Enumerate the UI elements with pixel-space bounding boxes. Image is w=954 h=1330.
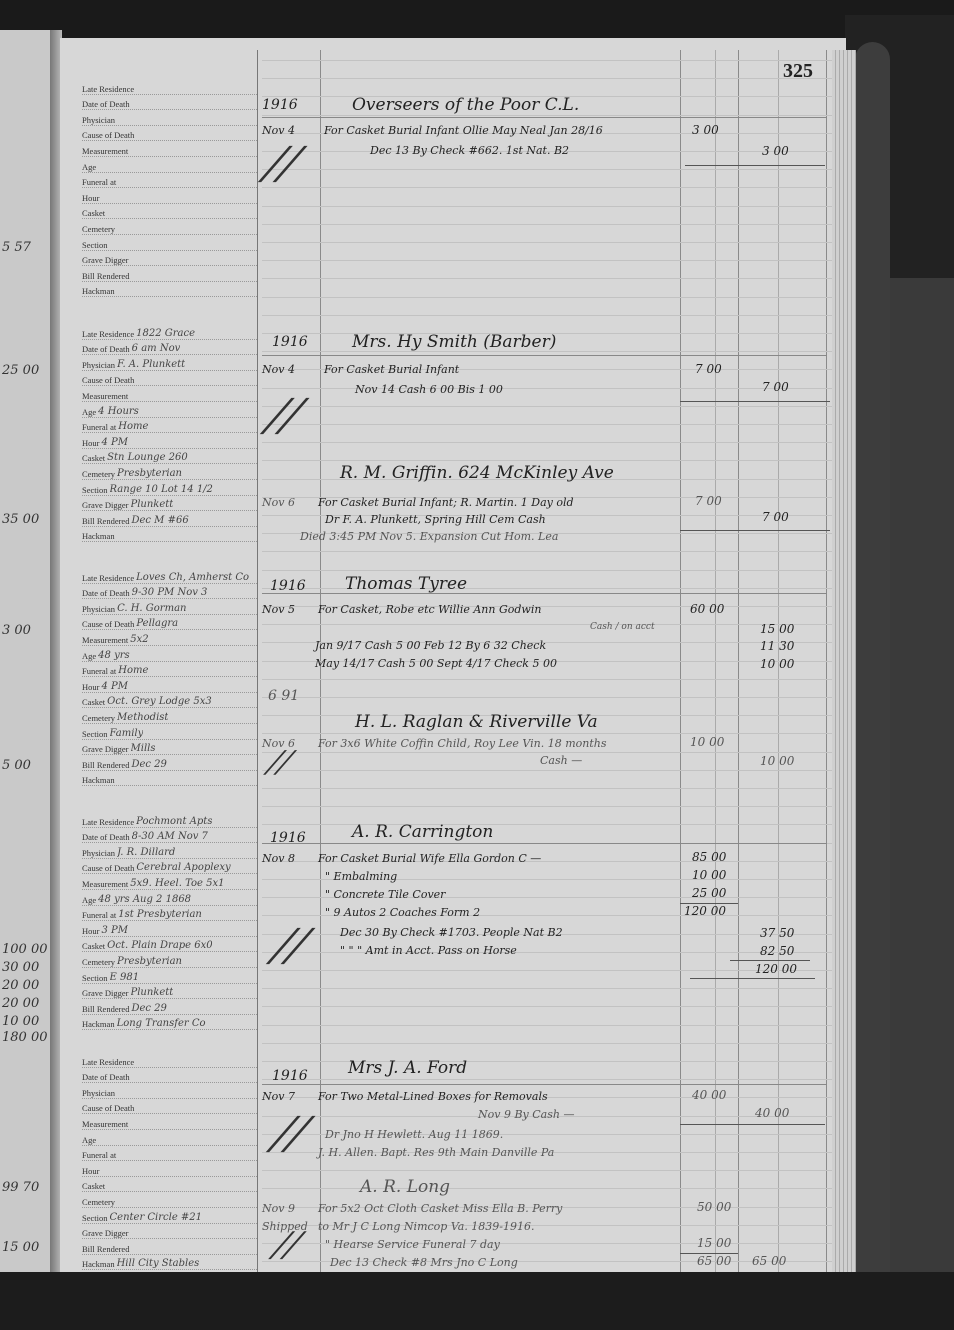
field-label: Hackman <box>82 286 115 296</box>
margin-amount: 20 00 <box>2 978 39 993</box>
credit-amount: 37 50 <box>760 926 794 940</box>
field-label: Physician <box>82 360 115 370</box>
entry-line-text: " Embalming <box>325 870 397 883</box>
field-label: Physician <box>82 848 115 858</box>
margin-amount: 3 00 <box>2 623 31 638</box>
field-label: Cemetery <box>82 713 115 723</box>
ruled-line <box>262 988 832 989</box>
field-label: Hackman <box>82 1019 115 1029</box>
margin-amount: 15 00 <box>2 1240 39 1255</box>
field-value: 5x2 <box>130 634 148 645</box>
margin-note: 6 91 <box>268 688 299 704</box>
field-late-residence: Late Residence1822 Grace <box>82 324 257 340</box>
field-label: Section <box>82 729 108 739</box>
ruled-line <box>262 60 832 61</box>
field-value: 5x9. Heel. Toe 5x1 <box>130 878 224 889</box>
field-label: Late Residence <box>82 84 134 94</box>
credit-amount: 7 00 <box>762 380 789 394</box>
entry-line-text: Cash / on acct <box>590 622 655 632</box>
entry-line-text: " " " Amt in Acct. Pass on Horse <box>340 944 517 957</box>
table-surface <box>890 278 954 1330</box>
field-hour: Hour4 PM <box>82 677 257 693</box>
entry-line-text: J. H. Allen. Bapt. Res 9th Main Danville… <box>318 1146 554 1159</box>
debit-amount: 85 00 <box>692 850 726 864</box>
field-label: Hour <box>82 193 99 203</box>
field-label: Measurement <box>82 391 128 401</box>
entry-fields-4: Late ResidencePochmont AptsDate of Death… <box>82 812 257 1030</box>
field-label: Measurement <box>82 1119 128 1129</box>
field-physician: Physician <box>82 110 257 126</box>
credit-amount: 11 30 <box>760 639 794 653</box>
ruled-line <box>262 624 832 625</box>
field-label: Late Residence <box>82 329 134 339</box>
field-label: Cemetery <box>82 1197 115 1207</box>
field-funeral-at: Funeral at1st Presbyterian <box>82 906 257 922</box>
entry-date: Nov 4 <box>262 363 295 376</box>
field-casket: CasketOct. Grey Lodge 5x3 <box>82 693 257 709</box>
field-label: Cause of Death <box>82 130 134 140</box>
entry-line-text: Dec 13 By Check #662. 1st Nat. B2 <box>370 144 569 157</box>
debit-amount: 10 00 <box>690 735 724 749</box>
field-value: Home <box>118 665 148 676</box>
field-value: J. R. Dillard <box>117 847 175 858</box>
entry-date: Nov 5 <box>262 603 295 616</box>
field-age: Age4 Hours <box>82 402 257 418</box>
field-label: Bill Rendered <box>82 1244 129 1254</box>
ruled-line <box>262 242 832 243</box>
field-label: Cemetery <box>82 224 115 234</box>
field-label: Hackman <box>82 775 115 785</box>
field-label: Cause of Death <box>82 1103 134 1113</box>
field-label: Casket <box>82 453 105 463</box>
field-label: Late Residence <box>82 1057 134 1067</box>
field-date-of-death: Date of Death9-30 PM Nov 3 <box>82 584 257 600</box>
field-value: Presbyterian <box>117 956 182 967</box>
field-label: Measurement <box>82 879 128 889</box>
debit-amount: 50 00 <box>697 1200 731 1214</box>
ruled-line <box>262 278 832 279</box>
ruled-line <box>262 224 832 225</box>
field-value: Oct. Grey Lodge 5x3 <box>107 696 212 707</box>
ruled-line <box>262 406 832 407</box>
field-hackman: Hackman <box>82 527 257 543</box>
field-cemetery: CemeteryPresbyterian <box>82 952 257 968</box>
field-cemetery: Cemetery <box>82 219 257 235</box>
entry-line-text: to Mr J C Long Nimcop Va. 1839-1916. <box>318 1220 535 1233</box>
margin-amount: 20 00 <box>2 996 39 1011</box>
field-label: Casket <box>82 941 105 951</box>
margin-amount: 5 00 <box>2 758 31 773</box>
field-label: Measurement <box>82 146 128 156</box>
field-label: Late Residence <box>82 573 134 583</box>
entry-line-text: Dec 30 By Check #1703. People Nat B2 <box>340 926 563 939</box>
field-value: Dec 29 <box>131 1003 166 1014</box>
field-label: Date of Death <box>82 588 130 598</box>
field-label: Grave Digger <box>82 1228 129 1238</box>
ruled-line <box>262 1079 832 1080</box>
field-value: Pellagra <box>136 618 178 629</box>
field-grave-digger: Grave DiggerMills <box>82 740 257 756</box>
ruled-line <box>262 115 832 116</box>
field-section: Section <box>82 235 257 251</box>
field-cemetery: Cemetery <box>82 1192 257 1208</box>
field-value: E 981 <box>110 972 140 983</box>
field-measurement: Measurement5x2 <box>82 630 257 646</box>
field-label: Funeral at <box>82 177 116 187</box>
field-funeral-at: Funeral atHome <box>82 418 257 434</box>
field-label: Late Residence <box>82 817 134 827</box>
field-label: Grave Digger <box>82 988 129 998</box>
field-bill-rendered: Bill Rendered <box>82 1239 257 1255</box>
entry-line-text: For Casket Burial Infant; R. Martin. 1 D… <box>318 496 574 509</box>
field-value: Plunkett <box>131 987 174 998</box>
field-bill-rendered: Bill RenderedDec 29 <box>82 999 257 1015</box>
field-measurement: Measurement5x9. Heel. Toe 5x1 <box>82 874 257 890</box>
debit-amount: 10 00 <box>692 868 726 882</box>
ruled-line <box>262 551 832 552</box>
field-hour: Hour <box>82 1161 257 1177</box>
entry-line-text: For Casket, Robe etc Willie Ann Godwin <box>318 603 541 616</box>
margin-amount: 100 00 <box>2 942 48 957</box>
field-label: Grave Digger <box>82 744 129 754</box>
ruled-line <box>262 752 832 753</box>
field-funeral-at: Funeral atHome <box>82 662 257 678</box>
account-name: Thomas Tyree <box>345 574 467 594</box>
account-name: Mrs. Hy Smith (Barber) <box>352 332 556 352</box>
ruled-line <box>262 424 832 425</box>
field-measurement: Measurement <box>82 1114 257 1130</box>
entry-date: Nov 8 <box>262 852 295 865</box>
entry-line-text: Nov 14 Cash 6 00 Bis 1 00 <box>355 383 503 396</box>
field-label: Hackman <box>82 531 115 541</box>
field-value: Presbyterian <box>117 468 182 479</box>
field-value: Range 10 Lot 14 1/2 <box>110 484 213 495</box>
ruled-line <box>262 442 832 443</box>
debit-amount: 7 00 <box>695 362 722 376</box>
field-grave-digger: Grave Digger <box>82 1224 257 1240</box>
margin-amount: 99 70 <box>2 1180 39 1195</box>
field-label: Age <box>82 651 96 661</box>
field-label: Section <box>82 1213 108 1223</box>
field-value: 6 am Nov <box>132 343 181 354</box>
ruled-line <box>262 169 832 170</box>
field-physician: Physician <box>82 1083 257 1099</box>
field-age: Age <box>82 157 257 173</box>
field-bill-rendered: Bill RenderedDec M #66 <box>82 511 257 527</box>
field-casket: CasketStn Lounge 260 <box>82 449 257 465</box>
field-grave-digger: Grave Digger <box>82 251 257 267</box>
field-value: Pochmont Apts <box>136 816 212 827</box>
margin-amount: 25 00 <box>2 363 39 378</box>
debit-amount: 7 00 <box>695 494 722 508</box>
entry-date: Nov 4 <box>262 124 295 137</box>
field-label: Physician <box>82 1088 115 1098</box>
margin-amount: 10 00 <box>2 1014 39 1029</box>
field-value: Dec M #66 <box>131 515 188 526</box>
entry-year: 1916 <box>272 334 308 350</box>
entry-line-text: Dec 13 Check #8 Mrs Jno C Long <box>330 1256 518 1269</box>
field-label: Bill Rendered <box>82 516 129 526</box>
field-hour: Hour3 PM <box>82 921 257 937</box>
debit-amount: 3 00 <box>692 123 719 137</box>
field-value: Mills <box>131 743 156 754</box>
field-cause-of-death: Cause of Death <box>82 371 257 387</box>
entry-line-text: Dr Jno H Hewlett. Aug 11 1869. <box>325 1128 503 1141</box>
entry-date: Nov 9 <box>262 1202 295 1215</box>
field-label: Physician <box>82 604 115 614</box>
debit-total: 120 00 <box>684 904 726 918</box>
field-date-of-death: Date of Death <box>82 95 257 111</box>
field-physician: PhysicianC. H. Gorman <box>82 599 257 615</box>
field-label: Date of Death <box>82 99 130 109</box>
field-casket: CasketOct. Plain Drape 6x0 <box>82 937 257 953</box>
field-label: Hackman <box>82 1259 115 1269</box>
field-label: Funeral at <box>82 666 116 676</box>
field-section: SectionFamily <box>82 724 257 740</box>
page-number: 325 <box>783 60 813 83</box>
field-label: Section <box>82 973 108 983</box>
ruled-line <box>262 806 832 807</box>
entry-line-text: For Casket Burial Infant <box>324 363 459 376</box>
entry-year: 1916 <box>262 97 298 113</box>
field-label: Bill Rendered <box>82 760 129 770</box>
ruled-line <box>262 1188 832 1189</box>
page-stack-edges <box>832 50 856 1275</box>
field-value: Hill City Stables <box>117 1258 200 1269</box>
entry-year: 1916 <box>272 1068 308 1084</box>
debit-amount: 60 00 <box>690 602 724 616</box>
field-bill-rendered: Bill RenderedDec 29 <box>82 755 257 771</box>
credit-amount: 10 00 <box>760 657 794 671</box>
credit-amount: 15 00 <box>760 622 794 636</box>
field-label: Date of Death <box>82 344 130 354</box>
field-value: Dec 29 <box>131 759 166 770</box>
field-cemetery: CemeteryPresbyterian <box>82 464 257 480</box>
field-label: Cause of Death <box>82 619 134 629</box>
book-spine-edge <box>855 42 890 1330</box>
field-value: Stn Lounge 260 <box>107 452 188 463</box>
field-label: Age <box>82 162 96 172</box>
field-label: Age <box>82 1135 96 1145</box>
entry-line-text: For Casket Burial Infant Ollie May Neal … <box>324 124 603 137</box>
field-label: Grave Digger <box>82 255 129 265</box>
field-label: Section <box>82 485 108 495</box>
entry-fields-2: Late Residence1822 GraceDate of Death6 a… <box>82 324 257 542</box>
field-value: 4 PM <box>101 437 128 448</box>
ruled-line <box>262 1043 832 1044</box>
field-label: Cemetery <box>82 469 115 479</box>
field-label: Bill Rendered <box>82 1004 129 1014</box>
ruled-line <box>262 733 832 734</box>
field-label: Date of Death <box>82 832 130 842</box>
entry-line-text: For 5x2 Oct Cloth Casket Miss Ella B. Pe… <box>318 1202 562 1215</box>
ruled-line <box>262 679 832 680</box>
account-name: Mrs J. A. Ford <box>348 1058 467 1078</box>
field-measurement: Measurement <box>82 386 257 402</box>
entry-line-text: May 14/17 Cash 5 00 Sept 4/17 Check 5 00 <box>315 657 557 670</box>
ruled-line <box>262 970 832 971</box>
field-label: Age <box>82 407 96 417</box>
field-grave-digger: Grave DiggerPlunkett <box>82 496 257 512</box>
field-date-of-death: Date of Death <box>82 1068 257 1084</box>
field-label: Section <box>82 240 108 250</box>
field-value: Family <box>110 728 144 739</box>
field-value: C. H. Gorman <box>117 603 186 614</box>
entry-year: 1916 <box>270 830 306 846</box>
field-grave-digger: Grave DiggerPlunkett <box>82 984 257 1000</box>
entry-line-text: For Two Metal-Lined Boxes for Removals <box>318 1090 548 1103</box>
entry-fields-3: Late ResidenceLoves Ch, Amherst CoDate o… <box>82 568 257 786</box>
field-value: 4 PM <box>101 681 128 692</box>
credit-amount: 82 50 <box>760 944 794 958</box>
ruled-line <box>262 1025 832 1026</box>
field-label: Funeral at <box>82 1150 116 1160</box>
debit-amount: 25 00 <box>692 886 726 900</box>
field-bill-rendered: Bill Rendered <box>82 266 257 282</box>
account-name: A. R. Carrington <box>352 822 493 842</box>
ruled-line <box>262 770 832 771</box>
field-label: Cause of Death <box>82 863 134 873</box>
entry-date: Nov 7 <box>262 1090 295 1103</box>
field-casket: Casket <box>82 204 257 220</box>
entry-date: Nov 6 <box>262 496 295 509</box>
field-label: Date of Death <box>82 1072 130 1082</box>
debit-total: 65 00 <box>697 1254 731 1268</box>
field-hackman: Hackman <box>82 282 257 298</box>
field-late-residence: Late Residence <box>82 1052 257 1068</box>
credit-amount: 7 00 <box>762 510 789 524</box>
field-value: 9-30 PM Nov 3 <box>132 587 208 598</box>
field-hour: Hour4 PM <box>82 433 257 449</box>
ruled-line <box>262 1170 832 1171</box>
field-label: Casket <box>82 208 105 218</box>
ruled-line <box>262 206 832 207</box>
field-value: Oct. Plain Drape 6x0 <box>107 940 213 951</box>
field-date-of-death: Date of Death8-30 AM Nov 7 <box>82 828 257 844</box>
ruled-line <box>262 570 832 571</box>
field-label: Hour <box>82 926 99 936</box>
margin-amount: 180 00 <box>2 1030 48 1045</box>
field-date-of-death: Date of Death6 am Nov <box>82 340 257 356</box>
account-name: Overseers of the Poor C.L. <box>352 95 579 115</box>
field-label: Casket <box>82 697 105 707</box>
field-age: Age48 yrs Aug 2 1868 <box>82 890 257 906</box>
debit-amount: 40 00 <box>692 1088 726 1102</box>
field-funeral-at: Funeral at <box>82 1146 257 1162</box>
field-value: 8-30 AM Nov 7 <box>132 831 208 842</box>
debit-amount: 15 00 <box>697 1236 731 1250</box>
field-label: Cemetery <box>82 957 115 967</box>
margin-amount: 30 00 <box>2 960 39 975</box>
book-bottom-edge <box>0 1272 954 1330</box>
margin-amount: 35 00 <box>2 512 39 527</box>
field-age: Age48 yrs <box>82 646 257 662</box>
entry-line-text: Cash — <box>540 754 582 767</box>
field-value: 48 yrs Aug 2 1868 <box>98 894 191 905</box>
column-divider-fields <box>257 50 258 1272</box>
ruled-line <box>262 1006 832 1007</box>
field-value: F. A. Plunkett <box>117 359 185 370</box>
field-label: Funeral at <box>82 910 116 920</box>
account-name: H. L. Raglan & Riverville Va <box>355 712 598 732</box>
field-cause-of-death: Cause of Death <box>82 1099 257 1115</box>
field-hackman: HackmanHill City Stables <box>82 1255 257 1271</box>
field-age: Age <box>82 1130 257 1146</box>
field-measurement: Measurement <box>82 141 257 157</box>
field-value: 4 Hours <box>98 406 139 417</box>
field-value: 48 yrs <box>98 650 129 661</box>
field-label: Cause of Death <box>82 375 134 385</box>
field-section: SectionE 981 <box>82 968 257 984</box>
field-casket: Casket <box>82 1177 257 1193</box>
field-label: Hour <box>82 1166 99 1176</box>
ruled-line <box>262 297 832 298</box>
field-value: Long Transfer Co <box>117 1018 206 1029</box>
field-physician: PhysicianF. A. Plunkett <box>82 355 257 371</box>
entry-line-text: " Hearse Service Funeral 7 day <box>325 1238 500 1251</box>
field-value: 1822 Grace <box>136 328 195 339</box>
credit-amount: 3 00 <box>762 144 789 158</box>
field-label: Funeral at <box>82 422 116 432</box>
credit-total: 65 00 <box>752 1254 786 1268</box>
field-cause-of-death: Cause of DeathCerebral Apoplexy <box>82 859 257 875</box>
field-section: SectionCenter Circle #21 <box>82 1208 257 1224</box>
credit-amount: 10 00 <box>760 754 794 768</box>
ruled-line <box>262 388 832 389</box>
field-late-residence: Late Residence <box>82 79 257 95</box>
field-value: Center Circle #21 <box>110 1212 203 1223</box>
field-label: Hour <box>82 438 99 448</box>
entry-line-text: " Concrete Tile Cover <box>325 888 445 901</box>
entry-fields-1: Late ResidenceDate of DeathPhysicianCaus… <box>82 79 257 297</box>
field-cemetery: CemeteryMethodist <box>82 708 257 724</box>
ruled-line <box>262 460 832 461</box>
field-cause-of-death: Cause of DeathPellagra <box>82 615 257 631</box>
field-late-residence: Late ResidenceLoves Ch, Amherst Co <box>82 568 257 584</box>
margin-amount: 5 57 <box>2 240 31 255</box>
field-value: Methodist <box>117 712 168 723</box>
field-hour: Hour <box>82 188 257 204</box>
field-funeral-at: Funeral at <box>82 173 257 189</box>
ruled-line <box>262 788 832 789</box>
field-value: Plunkett <box>131 499 174 510</box>
entry-line-text: Died 3:45 PM Nov 5. Expansion Cut Hom. L… <box>300 530 558 543</box>
entry-fields-5: Late ResidenceDate of DeathPhysicianCaus… <box>82 1052 257 1270</box>
field-hackman: HackmanLong Transfer Co <box>82 1015 257 1031</box>
ruled-line <box>262 824 832 825</box>
field-late-residence: Late ResidencePochmont Apts <box>82 812 257 828</box>
field-label: Age <box>82 895 96 905</box>
field-label: Grave Digger <box>82 500 129 510</box>
field-value: Cerebral Apoplexy <box>136 862 230 873</box>
ruled-line <box>262 697 832 698</box>
credit-total: 120 00 <box>755 962 797 976</box>
entry-line-text: Dr F. A. Plunkett, Spring Hill Cem Cash <box>325 513 546 526</box>
field-label: Casket <box>82 1181 105 1191</box>
field-label: Hour <box>82 682 99 692</box>
entry-line-text: For Casket Burial Wife Ella Gordon C — <box>318 852 541 865</box>
field-label: Bill Rendered <box>82 271 129 281</box>
credit-amount: 40 00 <box>755 1106 789 1120</box>
ruled-line <box>262 78 832 79</box>
entry-line-text: " 9 Autos 2 Coaches Form 2 <box>325 906 480 919</box>
field-value: Loves Ch, Amherst Co <box>136 572 249 583</box>
ruled-line <box>262 260 832 261</box>
left-page-edge <box>0 30 56 1275</box>
ruled-line <box>262 187 832 188</box>
entry-line-text: Nov 9 By Cash — <box>478 1108 574 1121</box>
field-value: Home <box>118 421 148 432</box>
